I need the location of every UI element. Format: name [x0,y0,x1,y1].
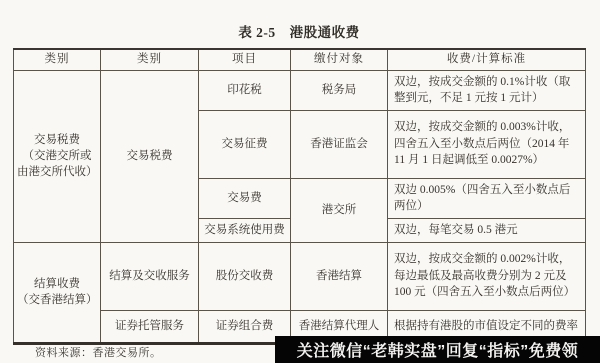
cell-subcategory-custody-services: 证券托管服务 [101,310,199,343]
col-header-category: 类别 [14,49,101,70]
cell-subcategory-settlement-services: 结算及交收服务 [101,242,199,310]
cell-item-trading-levy: 交易征费 [199,110,291,178]
cell-item-trading-system-usage-fee: 交易系统使用费 [199,218,291,242]
cell-fee-stamp-duty: 双边，按成交金额的 0.1%计收（取整到元，不足 1 元按 1 元计） [388,70,586,110]
table-header-row: 类别 类别 项目 缴付对象 收费/计算标准 [14,49,586,70]
cell-category-settlement-fees: 结算收费 （交香港结算） [14,242,101,343]
cell-item-stamp-duty: 印花税 [199,70,291,110]
col-header-subcategory: 类别 [101,49,199,70]
cell-payee-hkscc: 香港结算 [291,242,388,310]
cell-item-stock-settlement-fee: 股份交收费 [199,242,291,310]
promo-banner-text: 关注微信“老韩实盘”回复“指标”免费领 [297,338,579,361]
category-name: 结算收费 [17,276,97,292]
cell-payee-sfc: 香港证监会 [291,110,388,178]
cell-item-trading-fee: 交易费 [199,178,291,218]
cell-fee-trading-levy: 双边，按成交金额的 0.003%计收，四舍五入至小数点后两位（2014 年 11… [388,110,586,178]
col-header-fee-standard: 收费/计算标准 [388,49,586,70]
book-page: 表 2-5 港股通收费 类别 类别 项目 缴付对象 收费/计算标准 交易税费 （… [0,0,600,363]
hk-stock-connect-fees-table: 类别 类别 项目 缴付对象 收费/计算标准 交易税费 （交港交所或由港交所代收）… [13,48,586,345]
promo-banner: 关注微信“老韩实盘”回复“指标”免费领 [275,336,600,363]
table-title: 表 2-5 港股通收费 [13,21,585,41]
col-header-payee: 缴付对象 [291,49,388,70]
cell-payee-tax-bureau: 税务局 [291,70,388,110]
cell-subcategory-trading-taxes: 交易税费 [101,70,199,242]
category-name: 交易税费 [17,132,97,148]
category-note: （交港交所或由港交所代收） [17,148,97,180]
col-header-item: 项目 [199,49,291,70]
cell-category-trading-taxes: 交易税费 （交港交所或由港交所代收） [14,70,101,242]
cell-fee-trading-fee: 双边 0.005%（四舍五入至小数点后两位） [388,178,586,218]
table-row-stock-settlement-fee: 结算收费 （交香港结算） 结算及交收服务 股份交收费 香港结算 双边，按成交金额… [14,242,586,310]
cell-payee-hkex: 港交所 [291,178,388,242]
cell-fee-trading-system-usage-fee: 双边，每笔交易 0.5 港元 [388,218,586,242]
cell-fee-stock-settlement-fee: 双边，按成交金额的 0.002%计收，每边最低及最高收费分别为 2 元及 100… [388,242,586,310]
table-row-stamp-duty: 交易税费 （交港交所或由港交所代收） 交易税费 印花税 税务局 双边，按成交金额… [14,70,586,110]
source-note: 资料来源：香港交易所。 [35,344,162,360]
category-note: （交香港结算） [17,292,97,308]
